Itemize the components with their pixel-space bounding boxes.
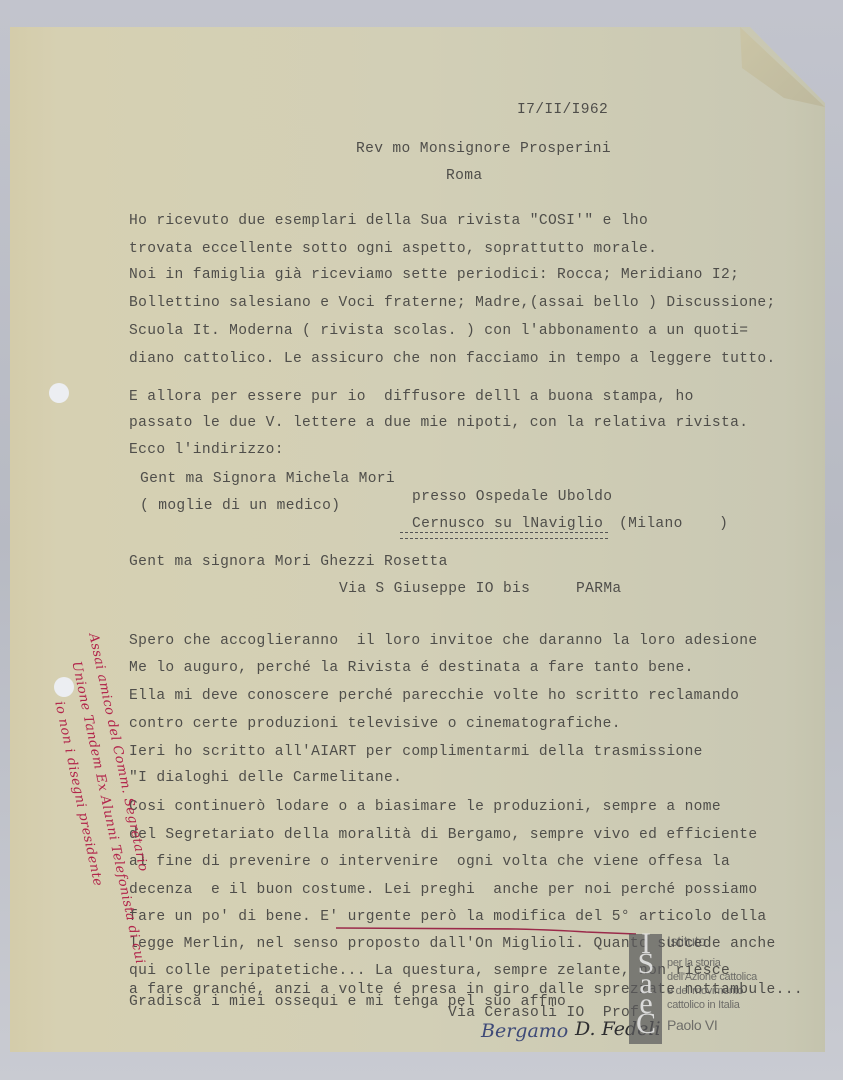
body-line: diano cattolico. Le assicuro che non fac… xyxy=(129,352,776,367)
body-line: Spero che accoglieranno il loro invitoe … xyxy=(129,634,757,649)
institute-watermark-logo: I S a e C Istituto per la storia dell'Az… xyxy=(629,934,789,1044)
address2-name: Gent ma signora Mori Ghezzi Rosetta xyxy=(129,555,448,570)
logo-text-line2: per la storia xyxy=(667,958,721,969)
logo-monogram: I S a e C xyxy=(631,934,661,1034)
signature-place: Bergamo xyxy=(481,1020,568,1042)
body-line: Cosi continuerò lodare o a biasimare le … xyxy=(129,800,721,815)
body-line: fare un po' di bene. E' urgente però la … xyxy=(129,910,767,925)
logo-text-line3: dell'Azione cattolica xyxy=(667,972,757,983)
body-line: "I dialoghi delle Carmelitane. xyxy=(129,771,402,786)
logo-text-line5: cattolico in Italia xyxy=(667,1000,740,1011)
body-line: decenza e il buon costume. Lei preghi an… xyxy=(129,883,757,898)
address1-street: presso Ospedale Uboldo xyxy=(412,490,612,505)
body-line: Noi in famiglia già riceviamo sette peri… xyxy=(129,268,739,283)
address1-name: Gent ma Signora Michela Mori xyxy=(140,472,395,487)
body-line: Me lo auguro, perché la Rivista é destin… xyxy=(129,661,694,676)
address2-city: PARMa xyxy=(576,582,622,597)
body-line: trovata eccellente sotto ogni aspetto, s… xyxy=(129,242,657,257)
punch-hole-top xyxy=(49,383,69,403)
address1-province: (Milano ) xyxy=(619,517,728,532)
body-line: Bollettino salesiano e Voci fraterne; Ma… xyxy=(129,296,776,311)
recipient-name: Rev mo Monsignore Prosperini xyxy=(356,142,611,157)
address2-street: Via S Giuseppe IO bis xyxy=(339,582,530,597)
letter-date: I7/II/I962 xyxy=(517,103,608,118)
body-line: Ella mi deve conoscere perché parecchie … xyxy=(129,689,739,704)
logo-letter: C xyxy=(631,1014,661,1034)
recipient-city: Roma xyxy=(446,169,482,184)
body-line: al fine di prevenire o intervenire ogni … xyxy=(129,855,730,870)
address1-city: Cernusco su lNaviglio xyxy=(412,517,603,532)
body-line: contro certe produzioni televisive o cin… xyxy=(129,717,621,732)
body-line: Scuola It. Moderna ( rivista scolas. ) c… xyxy=(129,324,748,339)
red-underline-annotation xyxy=(336,927,636,935)
double-underline xyxy=(400,532,608,539)
body-line: E allora per essere pur io diffusore del… xyxy=(129,390,694,405)
logo-text-line1: Istituto xyxy=(667,934,706,948)
address1-note: ( moglie di un medico) xyxy=(140,499,340,514)
body-line: Ho ricevuto due esemplari della Sua rivi… xyxy=(129,214,648,229)
logo-text-line6: Paolo VI xyxy=(667,1018,718,1032)
body-line: Ecco l'indirizzo: xyxy=(129,443,284,458)
logo-text-line4: e del movimento xyxy=(667,986,743,997)
body-line: Ieri ho scritto all'AIART per compliment… xyxy=(129,745,703,760)
body-line: del Segretariato della moralità di Berga… xyxy=(129,828,757,843)
body-line: passato le due V. lettere a due mie nipo… xyxy=(129,416,748,431)
